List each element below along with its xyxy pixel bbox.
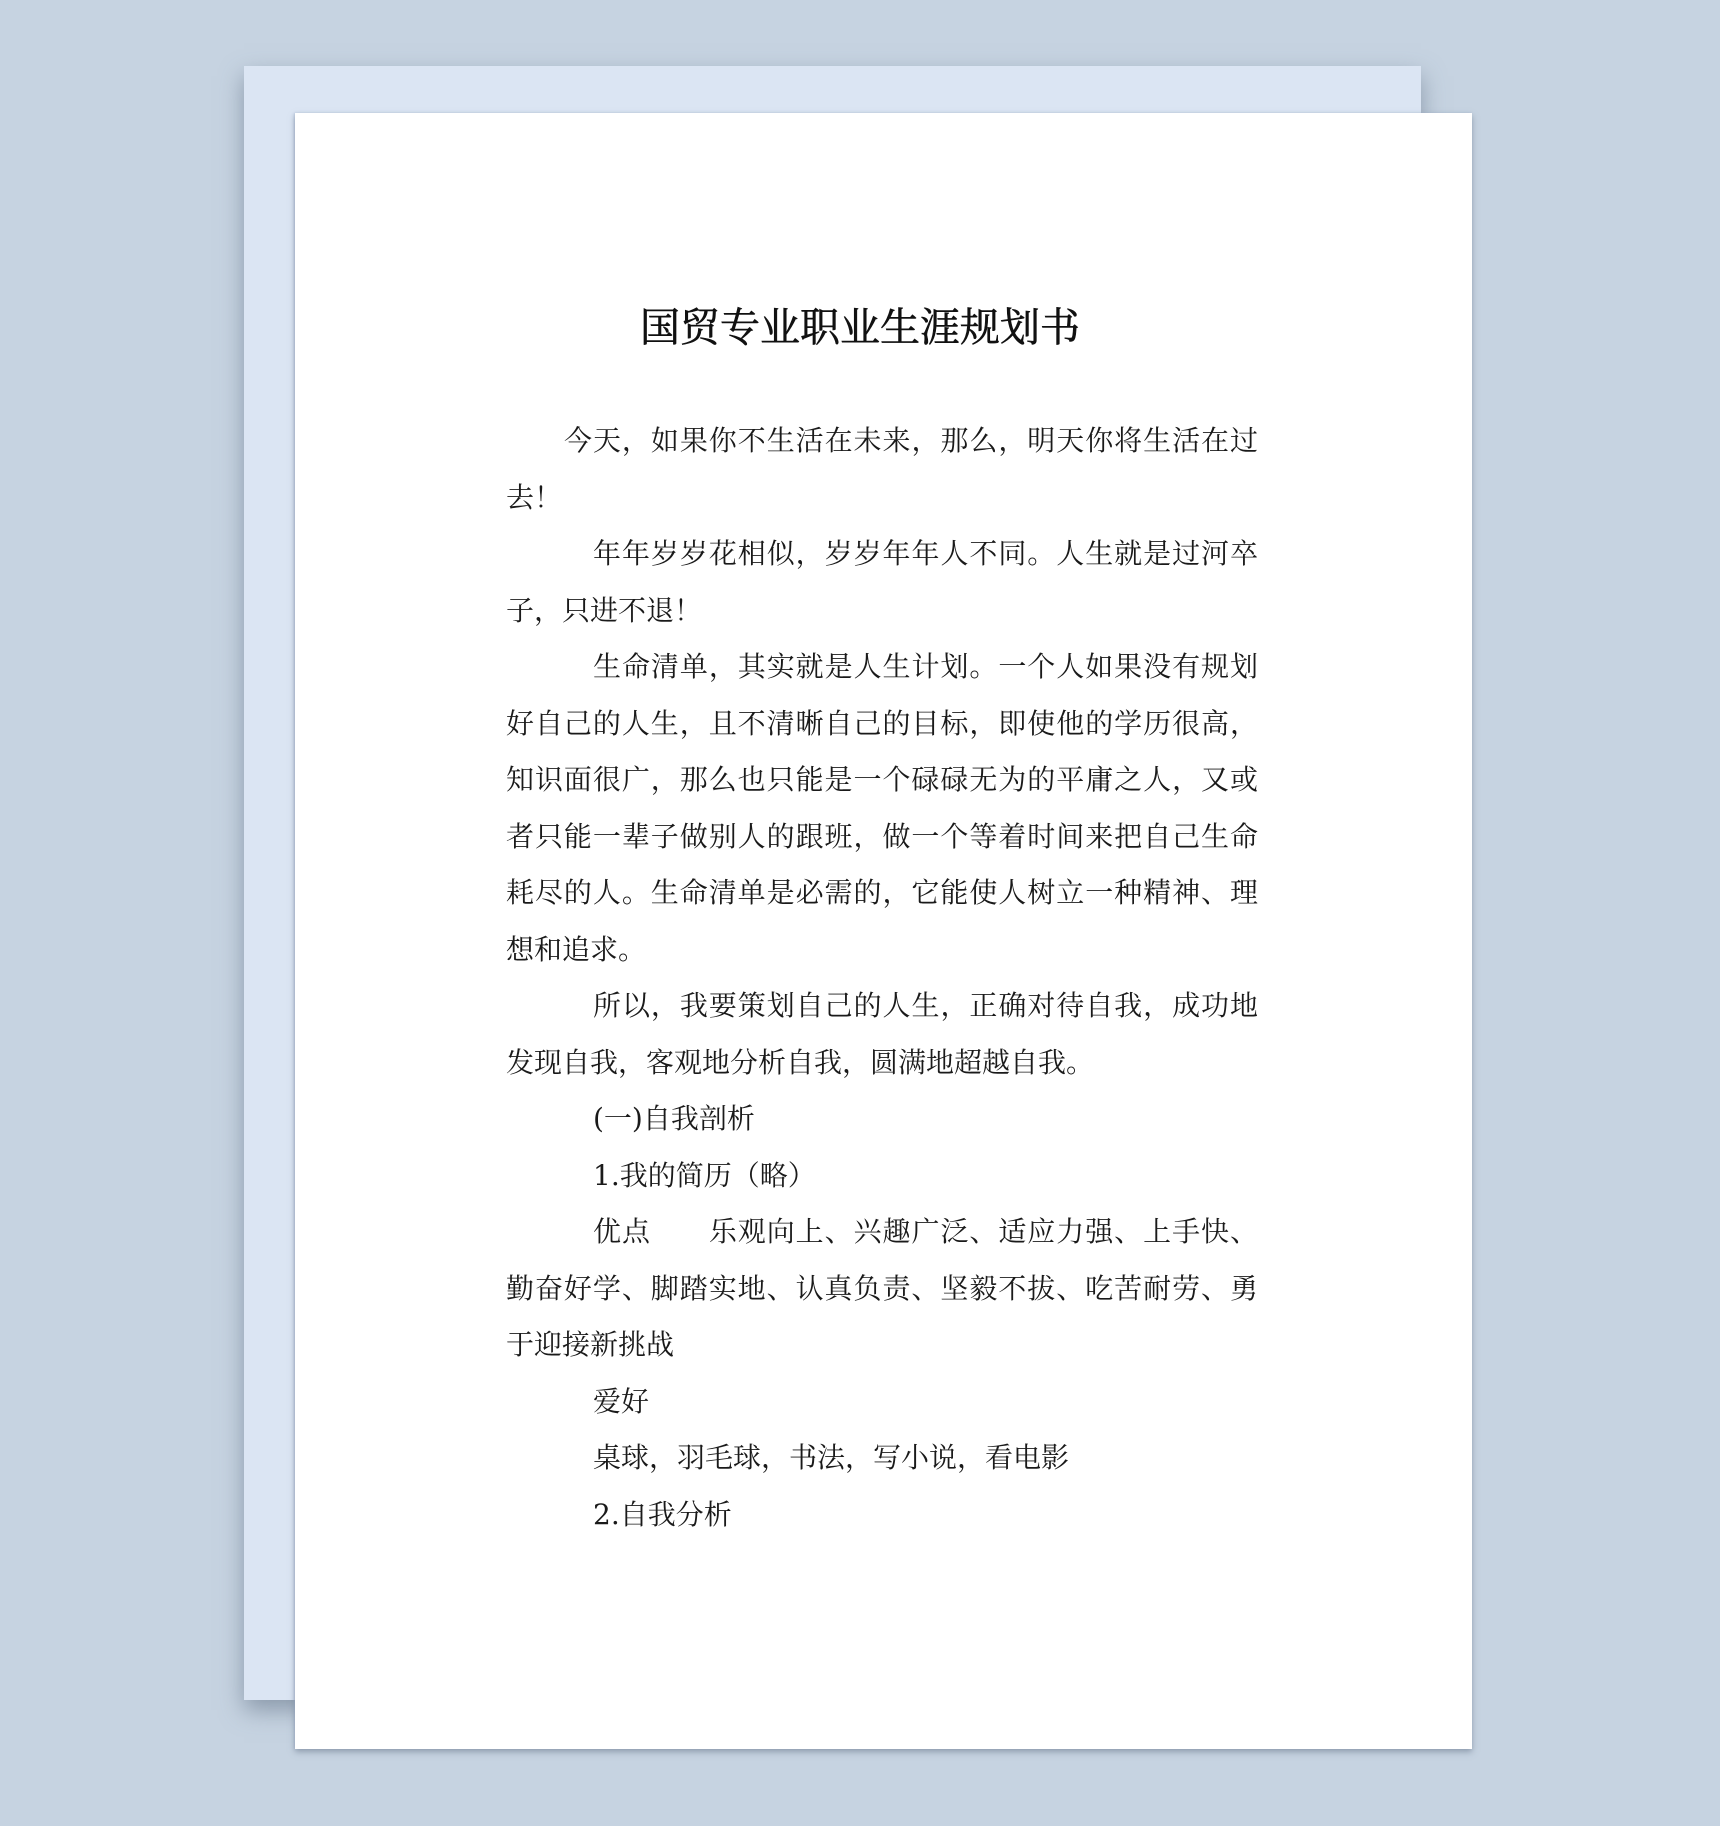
document-body: 今天，如果你不生活在未来，那么，明天你将生活在过去！ 年年岁岁花相似，岁岁年年人… — [506, 413, 1258, 1543]
paragraph-proverb: 年年岁岁花相似，岁岁年年人不同。人生就是过河卒子，只进不退！ — [506, 526, 1258, 639]
section-heading-self-analysis: (一)自我剖析 — [506, 1091, 1258, 1148]
paragraph-conclusion: 所以，我要策划自己的人生，正确对待自我，成功地发现自我，客观地分析自我，圆满地超… — [506, 978, 1258, 1091]
subheading-self-analysis: 2.自我分析 — [506, 1487, 1258, 1544]
paragraph-intro: 今天，如果你不生活在未来，那么，明天你将生活在过去！ — [506, 413, 1258, 526]
paragraph-strengths: 优点 乐观向上、兴趣广泛、适应力强、上手快、勤奋好学、脚踏实地、认真负责、坚毅不… — [506, 1204, 1258, 1374]
paragraph-hobbies-list: 桌球，羽毛球，书法，写小说，看电影 — [506, 1430, 1258, 1487]
document-title: 国贸专业职业生涯规划书 — [0, 300, 1720, 356]
label-hobbies: 爱好 — [506, 1374, 1258, 1431]
subheading-resume: 1.我的简历（略） — [506, 1148, 1258, 1205]
paragraph-life-list: 生命清单，其实就是人生计划。一个人如果没有规划好自己的人生，且不清晰自己的目标，… — [506, 639, 1258, 978]
